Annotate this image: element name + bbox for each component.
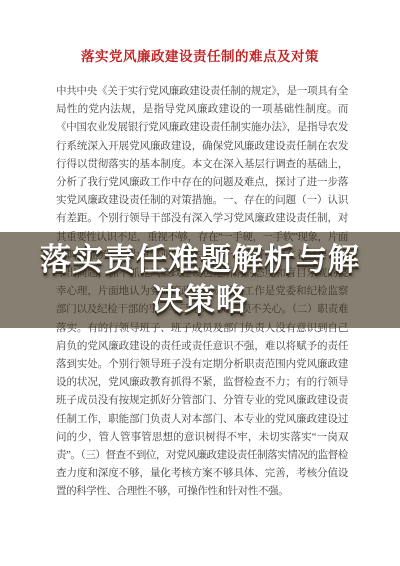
overlay-title-line2: 决策略: [152, 280, 248, 320]
document-title: 落实党风廉政建设责任制的难点及对策: [0, 45, 400, 65]
overlay-title-line1: 落实责任难题解析与解: [40, 240, 360, 280]
overlay-banner: 落实责任难题解析与解 决策略: [0, 232, 400, 328]
document-page: 落实党风廉政建设责任制的难点及对策 中共中央《关于实行党风廉政建设责任制的规定》…: [0, 0, 400, 566]
